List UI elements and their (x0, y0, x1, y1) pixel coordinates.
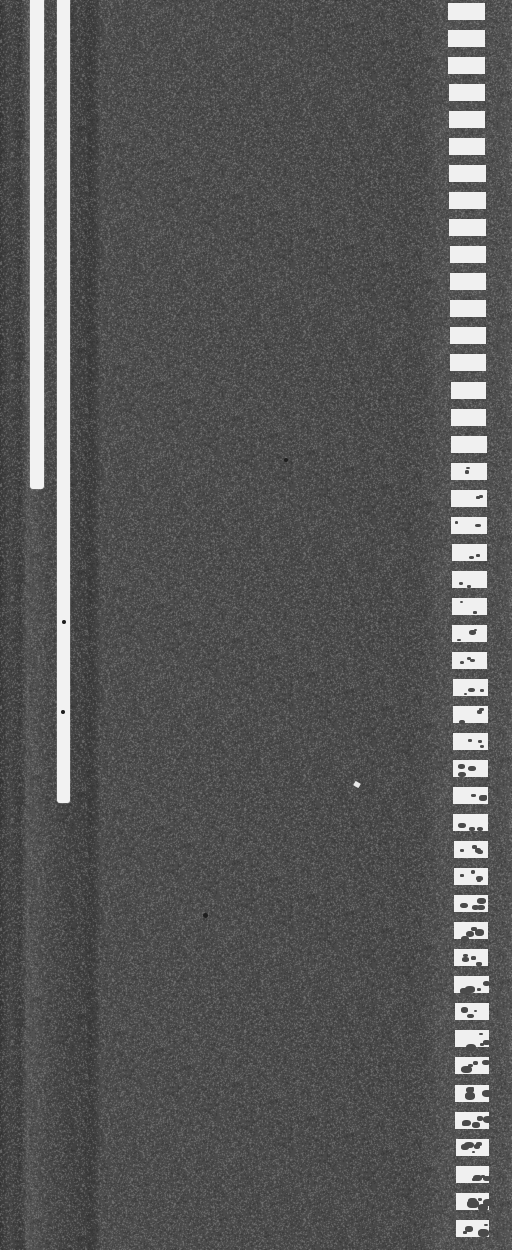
lane-dash (449, 111, 486, 128)
oil-spot (284, 458, 288, 462)
right-solid-line (57, 0, 70, 803)
paint-wear (480, 689, 484, 692)
paint-wear (477, 827, 483, 831)
paint-wear (461, 1144, 469, 1150)
paint-wear (483, 1116, 493, 1123)
paint-wear (465, 986, 475, 993)
oil-spot (203, 913, 208, 918)
lane-dash (450, 246, 486, 263)
paint-wear (459, 582, 463, 585)
left-solid-line (30, 0, 44, 489)
paint-wear (473, 1061, 478, 1065)
paint-wear (468, 739, 472, 742)
lane-dash (451, 517, 486, 534)
lane-dash (448, 30, 485, 47)
paint-wear (467, 1014, 473, 1018)
paint-wear (460, 661, 465, 664)
paint-wear (472, 905, 479, 910)
paint-wear (460, 903, 468, 909)
paint-wear (466, 1044, 476, 1051)
paint-wear (460, 874, 464, 877)
lane-dash (450, 300, 486, 317)
road-surface: Road surface aerial image (0, 0, 512, 1250)
paint-wear (477, 710, 482, 714)
lane-dash (448, 3, 485, 20)
paint-wear (459, 720, 465, 724)
lane-dash (452, 598, 487, 615)
paint-wear (469, 630, 476, 635)
lane-dash (451, 490, 487, 507)
paint-wear (458, 823, 465, 828)
paint-wear (476, 1142, 482, 1146)
paint-wear (483, 1040, 489, 1044)
paint-wear (461, 1066, 471, 1073)
lane-dash (448, 57, 485, 74)
paint-wear (482, 1060, 490, 1066)
paint-wear (471, 870, 476, 873)
paint-wear (475, 848, 481, 852)
paint-wear (472, 1122, 480, 1128)
paint-wear (477, 880, 480, 882)
paint-wear (478, 1229, 489, 1237)
paint-wear (477, 988, 481, 991)
lane-dash (449, 84, 486, 101)
paint-wear (461, 1007, 469, 1013)
paint-wear (468, 688, 475, 693)
paint-wear (479, 1033, 482, 1035)
paint-wear (482, 1090, 492, 1097)
paint-wear (458, 764, 465, 769)
paint-wear (470, 659, 475, 662)
oil-spot (62, 620, 66, 624)
paint-wear (460, 849, 464, 852)
lane-dash (449, 192, 485, 209)
lane-dash (450, 354, 486, 371)
paint-wear (475, 929, 484, 936)
paint-wear (465, 1092, 476, 1099)
paint-wear (466, 467, 469, 469)
oil-spot (61, 710, 65, 714)
asphalt-texture (0, 0, 512, 1250)
paint-wear (476, 554, 480, 557)
paint-wear (483, 981, 491, 986)
paint-wear (484, 1224, 487, 1226)
paint-wear (469, 556, 474, 559)
paint-wear (475, 524, 480, 528)
lane-dash (451, 382, 487, 399)
paint-wear (471, 956, 476, 959)
paint-wear (455, 521, 458, 523)
paint-wear (461, 936, 469, 942)
paint-wear (476, 962, 482, 966)
lane-dash (451, 409, 487, 426)
paint-wear (479, 795, 487, 800)
lane-dash (449, 138, 486, 155)
lane-dash (449, 165, 486, 182)
paint-wear (478, 1204, 488, 1211)
paint-wear (480, 745, 484, 748)
paint-wear (462, 957, 469, 962)
paint-wear (465, 470, 470, 473)
paint-wear (464, 693, 467, 695)
paint-wear (473, 611, 477, 614)
lane-dash (450, 273, 486, 290)
paint-wear (468, 766, 476, 771)
paint-wear (471, 794, 475, 797)
paint-wear (467, 657, 471, 660)
lane-dash (454, 841, 489, 858)
paint-wear (477, 898, 486, 904)
paint-wear (478, 740, 482, 743)
lane-dash (449, 219, 485, 236)
paint-wear (467, 585, 471, 588)
paint-wear (468, 1198, 477, 1204)
lane-dash (451, 436, 487, 453)
lane-dash (450, 327, 486, 344)
